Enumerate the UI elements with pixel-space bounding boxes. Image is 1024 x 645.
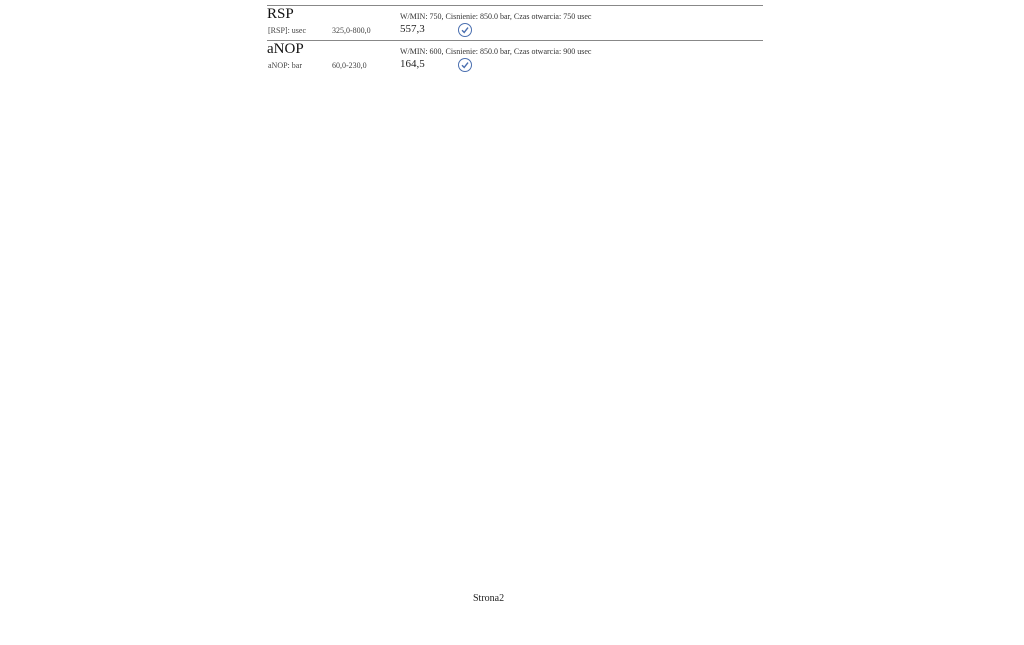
parameter-range: 325,0-800,0 — [332, 26, 371, 35]
row-divider — [267, 5, 763, 6]
parameter-name: aNOP — [267, 41, 304, 58]
measured-value: 164,5 — [400, 58, 425, 70]
parameter-unit: aNOP: bar — [268, 61, 302, 70]
check-circle-icon — [458, 58, 472, 72]
test-condition: W/MIN: 600, Cisnienie: 850.0 bar, Czas o… — [400, 47, 591, 56]
parameter-name: RSP — [267, 6, 294, 23]
parameter-unit: [RSP]: usec — [268, 26, 306, 35]
test-condition: W/MIN: 750, Cisnienie: 850.0 bar, Czas o… — [400, 12, 591, 21]
row-divider — [267, 40, 763, 41]
document-page — [248, 0, 770, 645]
measured-value: 557,3 — [400, 23, 425, 35]
parameter-range: 60,0-230,0 — [332, 61, 367, 70]
check-circle-icon — [458, 23, 472, 37]
page-number: Strona2 — [473, 593, 504, 604]
